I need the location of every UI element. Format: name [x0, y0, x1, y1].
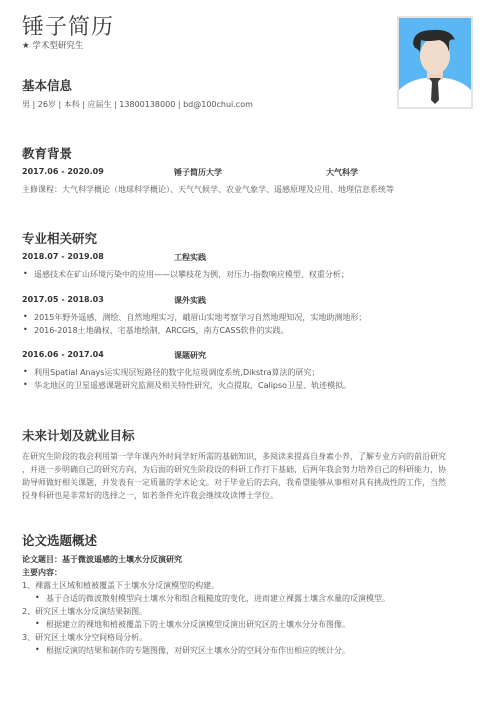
education-row: 2017.06 - 2020.09 锤子简历大学 大气科学 [22, 167, 482, 179]
section-title-basic-info: 基本信息 [22, 76, 72, 94]
future-line: ，并进一步明确自己的研究方向，为后面的研究生阶段设的科研工作打下基础，后两年我会… [22, 463, 480, 476]
research-bullet: 利用Spatial Anays运实现层短路径的数字化垃圾调度系统,Dikstra… [34, 367, 320, 378]
research-type: 课题研究 [174, 350, 206, 361]
education-major: 大气科学 [326, 167, 358, 178]
research-type: 课外实践 [174, 295, 206, 306]
section-title-future: 未来计划及就业目标 [22, 426, 135, 444]
education-period: 2017.06 - 2020.09 [22, 167, 104, 176]
research-bullet: 遥感技术在矿山环境污染中的应用——以攀枝花为例，对压力-指数响应模型、权重分析； [34, 269, 349, 280]
future-line: 在研究生阶段的我会利用第一学年课内外时间学好所需的基础知识，多阅读来提高自身素小… [22, 450, 480, 463]
research-period: 2018.07 - 2019.08 [22, 252, 104, 261]
thesis-item: 1、裸露土区域和植被覆盖下土壤水分反演模型的构建。 [22, 580, 219, 591]
future-line: 助导师做好相关课题，并发表有一定质量的学术论文。对于毕业后的去向，我希望能够从事… [22, 476, 480, 489]
research-item-row: 2018.07 - 2019.08 工程实践 [22, 252, 482, 264]
thesis-sub-bullet: 根据反演的结果和制作的专题图像，对研究区土壤水分的空间分布作出相应的统计分。 [46, 645, 350, 656]
thesis-content-label: 主要内容： [22, 567, 62, 578]
section-title-thesis: 论文选题概述 [22, 531, 97, 549]
section-title-education: 教育背景 [22, 144, 72, 162]
education-courses: 主修课程：大气科学概论（地球科学概论）、天气气候学、农业气象学、遥感原理及应用、… [22, 184, 394, 195]
future-paragraph: 在研究生阶段的我会利用第一学年课内外时间学好所需的基础知识，多阅读来提高自身素小… [22, 450, 480, 502]
avatar-illustration-icon [399, 18, 471, 107]
thesis-topic: 论文题目：基于微波遥感的土壤水分反演研究 [22, 554, 182, 565]
resume-subtitle: ★ 学术型研究生 [22, 39, 83, 51]
thesis-sub-bullet: 基于合适的微波散射模型向土壤水分和组合粗糙度的变化，进而建立裸露土壤含水量的反演… [46, 593, 390, 604]
resume-page: 锤子简历 ★ 学术型研究生 基本信息 男 | 26岁 | 本科 | 应届生 | … [0, 0, 500, 707]
thesis-item: 3、研究区土壤水分空间格局分析。 [22, 632, 147, 643]
research-bullet: 2015年野外遥感，测绘、自然地理实习，峨眉山实地考察学习自然地理知况，实地助测… [34, 312, 366, 323]
resume-name: 锤子简历 [22, 10, 114, 41]
research-type: 工程实践 [174, 252, 206, 263]
profile-photo [397, 16, 473, 109]
thesis-item: 2、研究区土壤水分反演结果制图。 [22, 606, 147, 617]
research-bullet: 2016-2018土地确权、宅基地绘制，ARCGIS，南方CASS软件的实践。 [34, 325, 289, 336]
basic-info-line: 男 | 26岁 | 本科 | 应届生 | 13800138000 | bd@10… [22, 99, 253, 110]
research-item-row: 2017.05 - 2018.03 课外实践 [22, 295, 482, 307]
research-period: 2017.05 - 2018.03 [22, 295, 104, 304]
research-bullet: 华北地区的卫星遥感课题研究监测及相关特性研究，火点提取，Calipso卫星、轨迹… [34, 380, 351, 391]
education-school: 锤子简历大学 [174, 167, 222, 178]
research-period: 2016.06 - 2017.04 [22, 350, 104, 359]
section-title-research: 专业相关研究 [22, 229, 97, 247]
thesis-sub-bullet: 根据建立的裸地和植被覆盖下的土壤水分反演模型反演出研究区的土壤水分分布图像。 [46, 619, 350, 630]
research-item-row: 2016.06 - 2017.04 课题研究 [22, 350, 482, 362]
future-line: 投身科研也是非常好的选择之一，如若条件允许我会继续攻读博士学位。 [22, 489, 480, 502]
